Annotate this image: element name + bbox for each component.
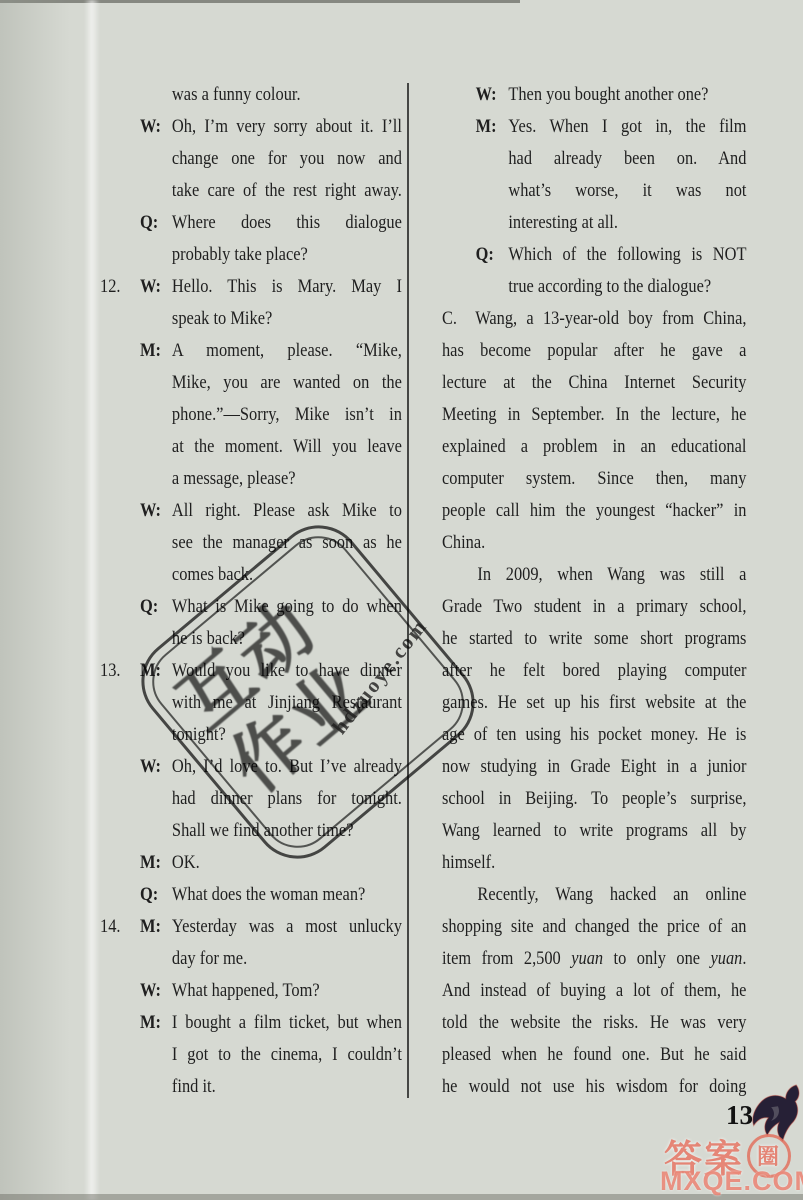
paragraph-line: pleased when he found one. But he said <box>442 1039 746 1071</box>
paragraph-line: games. He set up his first website at th… <box>442 687 746 719</box>
item-number: 14. <box>100 911 140 943</box>
paragraph-line: he would not use his wisdom for doing <box>442 1071 746 1103</box>
line-text: What does the woman mean? <box>172 885 365 905</box>
dialogue-line: M:I bought a film ticket, but when <box>100 1007 402 1039</box>
line-text: true according to the dialogue? <box>508 277 711 297</box>
paragraph-line: himself. <box>442 847 746 879</box>
dialogue-line: change one for you now and <box>100 143 402 175</box>
site-watermark: MXQE.COM <box>660 1166 803 1197</box>
line-text: he would not use his wisdom for doing <box>442 1077 746 1097</box>
line-text: OK. <box>172 853 200 873</box>
dialogue-line: W:What happened, Tom? <box>100 975 402 1007</box>
line-text: Yesterday was a most unlucky <box>172 917 402 937</box>
line-text: Which of the following is NOT <box>508 245 746 265</box>
line-text: Recently, Wang hacked an online <box>477 885 746 905</box>
line-text: Where does this dialogue <box>172 213 402 233</box>
line-text: probably take place? <box>172 245 308 265</box>
speaker-label: W: <box>140 751 172 783</box>
speaker-label: Q: <box>140 879 172 911</box>
dialogue-line: what’s worse, it was not <box>442 175 746 207</box>
paragraph-line: Wang learned to write programs all by <box>442 815 746 847</box>
line-text: find it. <box>172 1077 216 1097</box>
speaker-label: M: <box>140 335 172 367</box>
line-text: interesting at all. <box>508 213 618 233</box>
line-text: computer system. Since then, many <box>442 469 746 489</box>
speaker-label: Q: <box>140 591 172 623</box>
line-text: phone.”—Sorry, Mike isn’t in <box>172 405 402 425</box>
right-column: W:Then you bought another one?M:Yes. Whe… <box>442 79 746 1103</box>
dialogue-line: true according to the dialogue? <box>442 271 746 303</box>
line-text: Grade Two student in a primary school, <box>442 597 746 617</box>
dialogue-line: Q:Where does this dialogue <box>100 207 402 239</box>
paragraph-line: now studying in Grade Eight in a junior <box>442 751 746 783</box>
line-text: All right. Please ask Mike to <box>172 501 402 521</box>
line-text: shopping site and changed the price of a… <box>442 917 746 937</box>
dialogue-line: Q:Which of the following is NOT <box>442 239 746 271</box>
paragraph-line: after he felt bored playing computer <box>442 655 746 687</box>
paragraph-line: shopping site and changed the price of a… <box>442 911 746 943</box>
paragraph-line: Recently, Wang hacked an online <box>442 879 746 911</box>
dialogue-line: interesting at all. <box>442 207 746 239</box>
line-text: has become popular after he gave a <box>442 341 746 361</box>
dialogue-line: M:OK. <box>100 847 402 879</box>
line-text: school in Beijing. To people’s surprise, <box>442 789 746 809</box>
dialogue-line: find it. <box>100 1071 402 1103</box>
line-text: after he felt bored playing computer <box>442 661 746 681</box>
paragraph-line: computer system. Since then, many <box>442 463 746 495</box>
dialogue-line: W:All right. Please ask Mike to <box>100 495 402 527</box>
line-text: China. <box>442 533 485 553</box>
paragraph-line: C. Wang, a 13-year-old boy from China, <box>442 303 746 335</box>
speaker-label: Q: <box>476 239 509 271</box>
line-text: told the website the risks. He was very <box>442 1013 746 1033</box>
line-text: Wang learned to write programs all by <box>442 821 746 841</box>
line-text: age of ten using his pocket money. He is <box>442 725 746 745</box>
line-text: I bought a film ticket, but when <box>172 1013 402 1033</box>
line-text: C. Wang, a 13-year-old boy from China, <box>442 309 746 329</box>
line-text: Mike, you are wanted on the <box>172 373 402 393</box>
dialogue-line: M:A moment, please. “Mike, <box>100 335 402 367</box>
line-text: himself. <box>442 853 495 873</box>
line-text: Then you bought another one? <box>508 85 708 105</box>
paragraph-line: has become popular after he gave a <box>442 335 746 367</box>
dialogue-line: phone.”—Sorry, Mike isn’t in <box>100 399 402 431</box>
paragraph-line: he started to write some short programs <box>442 623 746 655</box>
speaker-label: W: <box>476 79 509 111</box>
line-text: what’s worse, it was not <box>508 181 746 201</box>
line-text: now studying in Grade Eight in a junior <box>442 757 746 777</box>
scan-edge-top <box>0 0 520 3</box>
dialogue-line: 12.W:Hello. This is Mary. May I <box>100 271 402 303</box>
dialogue-line: 14.M:Yesterday was a most unlucky <box>100 911 402 943</box>
dialogue-line: Q:What does the woman mean? <box>100 879 402 911</box>
speaker-label: W: <box>140 495 172 527</box>
paragraph-line: And instead of buying a lot of them, he <box>442 975 746 1007</box>
line-text: item from 2,500 yuan to only one yuan. <box>442 949 746 969</box>
dialogue-line: M:Yes. When I got in, the film <box>442 111 746 143</box>
dialogue-line: W:Then you bought another one? <box>442 79 746 111</box>
speaker-label: Q: <box>140 207 172 239</box>
speaker-label: M: <box>140 1007 172 1039</box>
paragraph-line: Meeting in September. In the lecture, he <box>442 399 746 431</box>
line-text: A moment, please. “Mike, <box>172 341 402 361</box>
column-divider <box>407 83 409 1098</box>
dialogue-line: was a funny colour. <box>100 79 402 111</box>
dialogue-line: take care of the rest right away. <box>100 175 402 207</box>
line-text: games. He set up his first website at th… <box>442 693 746 713</box>
paragraph-line: explained a problem in an educational <box>442 431 746 463</box>
line-text: speak to Mike? <box>172 309 272 329</box>
line-text: day for me. <box>172 949 247 969</box>
line-text: pleased when he found one. But he said <box>442 1045 746 1065</box>
paragraph-line: In 2009, when Wang was still a <box>442 559 746 591</box>
line-text: In 2009, when Wang was still a <box>477 565 746 585</box>
dialogue-line: speak to Mike? <box>100 303 402 335</box>
dialogue-line: at the moment. Will you leave <box>100 431 402 463</box>
line-text: Yes. When I got in, the film <box>508 117 746 137</box>
line-text: Meeting in September. In the lecture, he <box>442 405 746 425</box>
speaker-label: W: <box>140 271 172 303</box>
line-text: What happened, Tom? <box>172 981 320 1001</box>
line-text: explained a problem in an educational <box>442 437 746 457</box>
scan-edge-left <box>0 0 70 1200</box>
paragraph-line: school in Beijing. To people’s surprise, <box>442 783 746 815</box>
line-text: he started to write some short programs <box>442 629 746 649</box>
paragraph-line: item from 2,500 yuan to only one yuan. <box>442 943 746 975</box>
line-text: take care of the rest right away. <box>172 181 402 201</box>
line-text: change one for you now and <box>172 149 402 169</box>
paragraph-line: lecture at the China Internet Security <box>442 367 746 399</box>
dialogue-line: I got to the cinema, I couldn’t <box>100 1039 402 1071</box>
speaker-label: W: <box>140 111 172 143</box>
dialogue-line: a message, please? <box>100 463 402 495</box>
dialogue-line: probably take place? <box>100 239 402 271</box>
paragraph-line: China. <box>442 527 746 559</box>
line-text: at the moment. Will you leave <box>172 437 402 457</box>
scan-crease <box>84 0 100 1200</box>
line-text: I got to the cinema, I couldn’t <box>172 1045 402 1065</box>
item-number: 12. <box>100 271 140 303</box>
paragraph-line: Grade Two student in a primary school, <box>442 591 746 623</box>
item-number: 13. <box>100 655 140 687</box>
line-text: And instead of buying a lot of them, he <box>442 981 746 1001</box>
line-text: a message, please? <box>172 469 296 489</box>
speaker-label: M: <box>476 111 509 143</box>
speaker-label: M: <box>140 911 172 943</box>
line-text: Hello. This is Mary. May I <box>172 277 402 297</box>
dialogue-line: Mike, you are wanted on the <box>100 367 402 399</box>
line-text: had already been on. And <box>508 149 746 169</box>
dialogue-line: day for me. <box>100 943 402 975</box>
line-text: Oh, I’m very sorry about it. I’ll <box>172 117 402 137</box>
speaker-label: M: <box>140 847 172 879</box>
dialogue-line: W:Oh, I’m very sorry about it. I’ll <box>100 111 402 143</box>
line-text: was a funny colour. <box>172 85 301 105</box>
dialogue-line: had already been on. And <box>442 143 746 175</box>
paragraph-line: told the website the risks. He was very <box>442 1007 746 1039</box>
paragraph-line: age of ten using his pocket money. He is <box>442 719 746 751</box>
line-text: people call him the youngest “hacker” in <box>442 501 746 521</box>
line-text: lecture at the China Internet Security <box>442 373 746 393</box>
paragraph-line: people call him the youngest “hacker” in <box>442 495 746 527</box>
speaker-label: W: <box>140 975 172 1007</box>
